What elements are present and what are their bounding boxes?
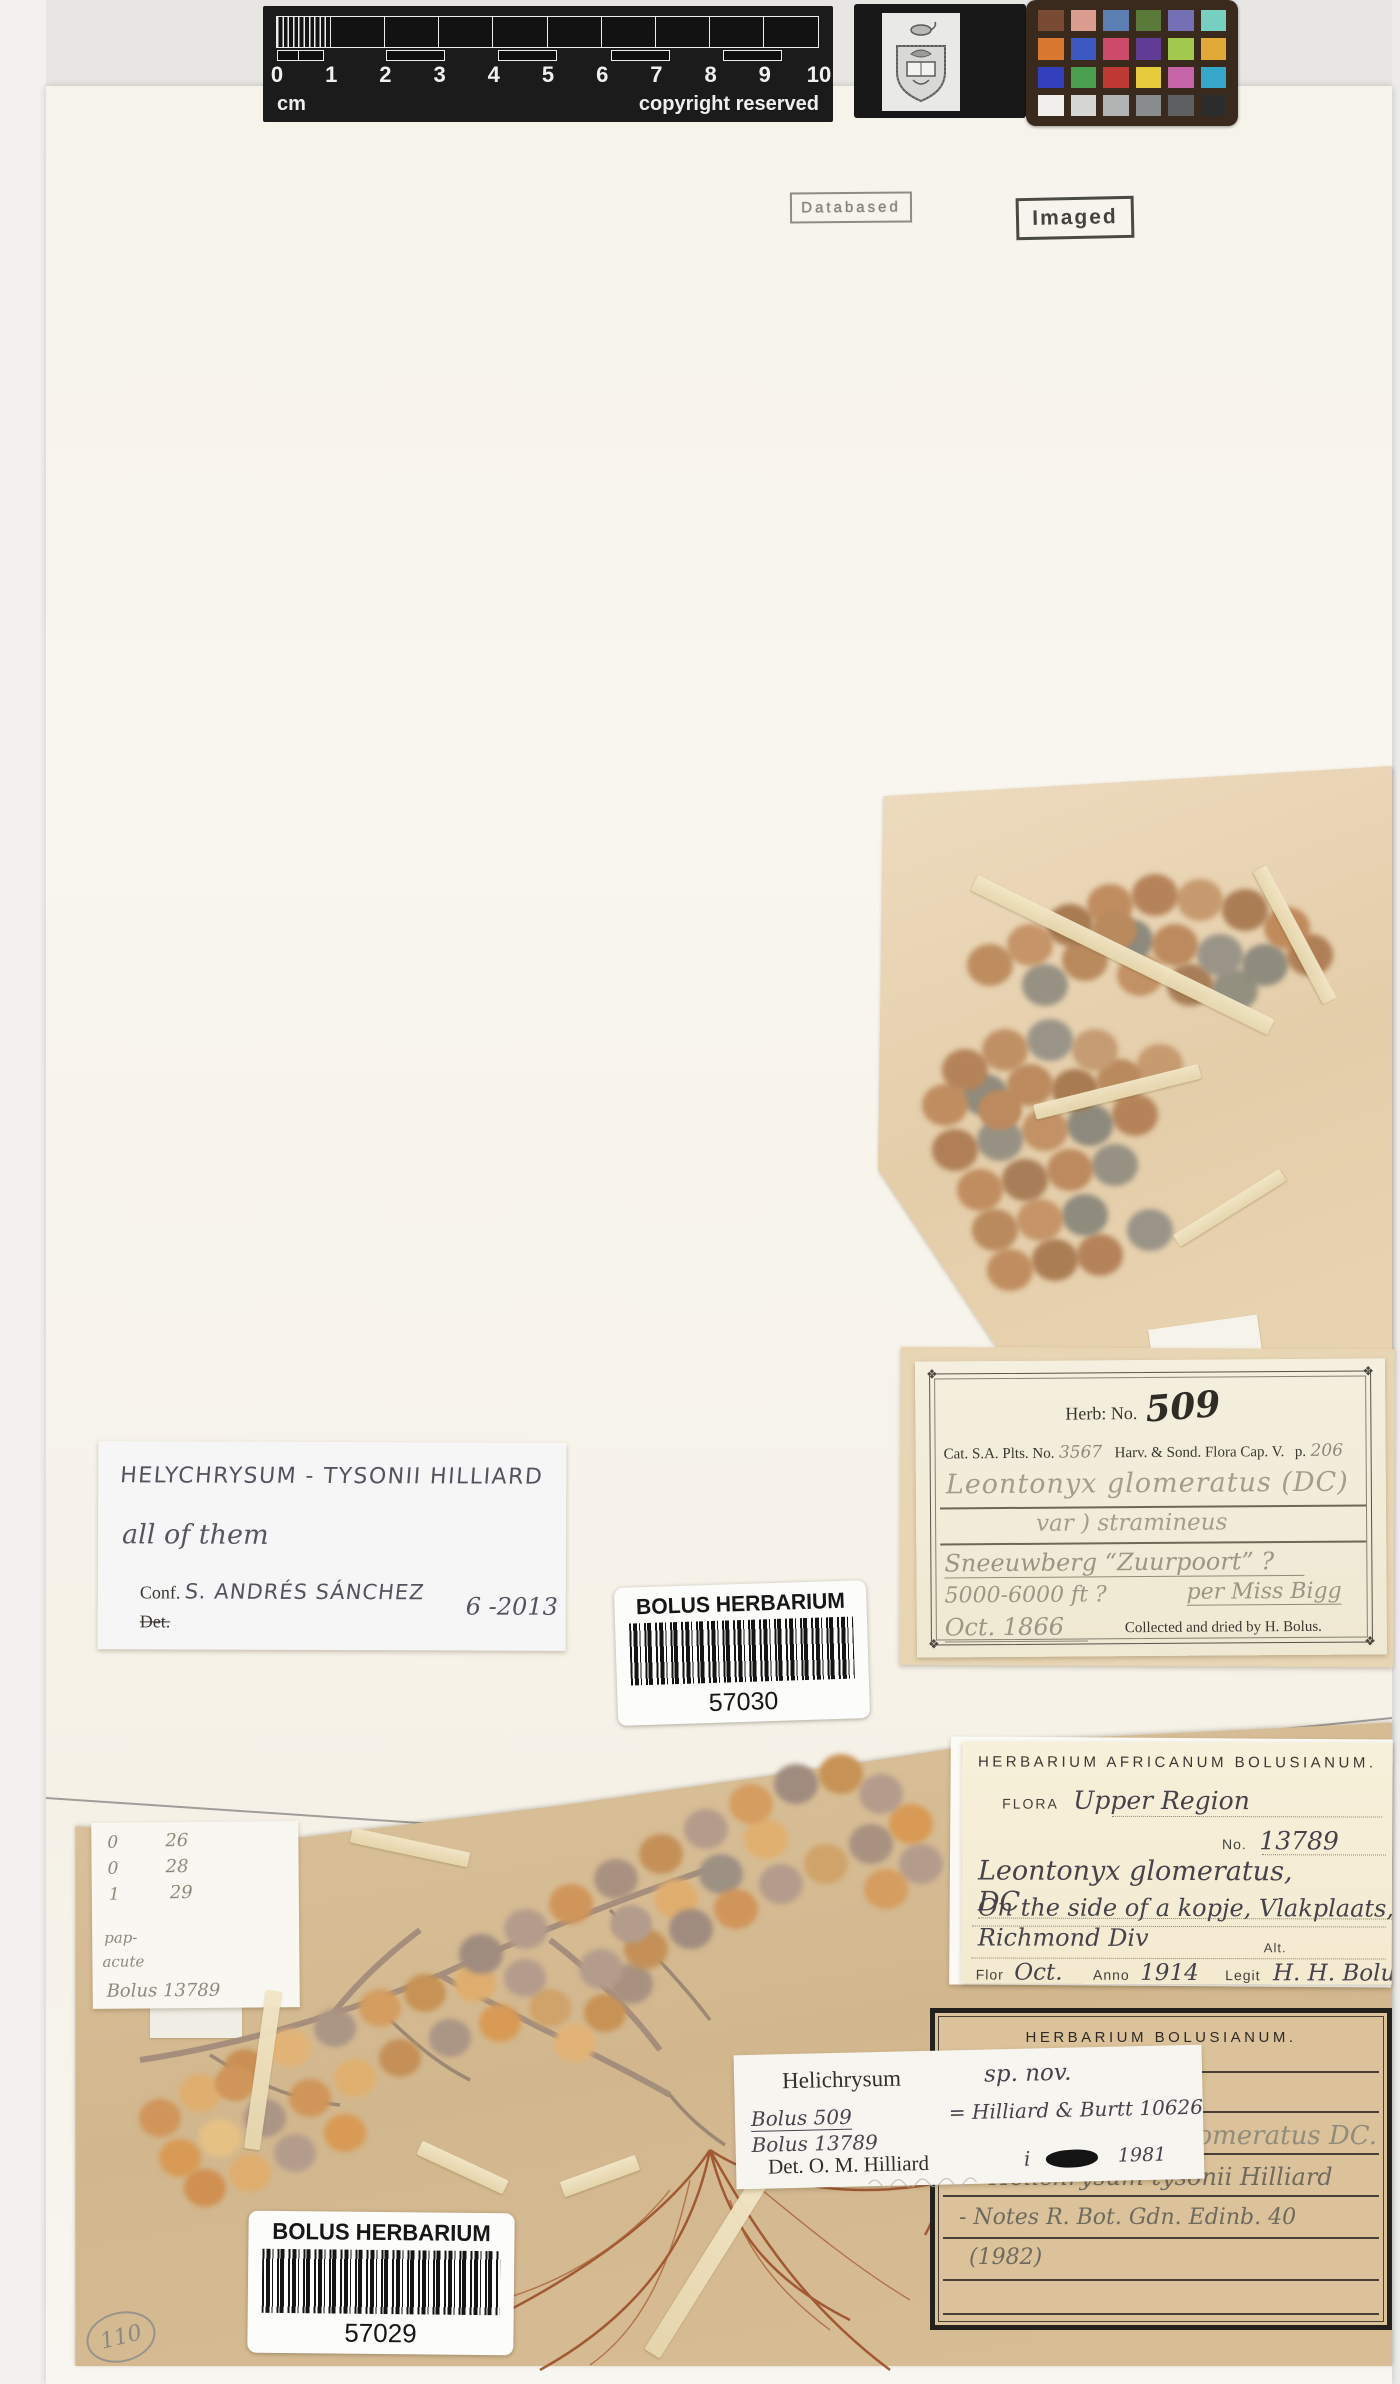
africanum-habitat: On the side of a kopje, Vlakplaats, — [978, 1893, 1392, 1922]
conf-note-line: all of them — [122, 1519, 269, 1551]
flora-ref: Harv. & Sond. Flora Cap. V. — [1115, 1444, 1285, 1461]
barcode-institution: BOLUS HERBARIUM — [619, 1587, 862, 1621]
legit-value: H. H. Bolus — [1273, 1960, 1392, 1984]
alt-prefix: Alt. — [1264, 1940, 1287, 1955]
det-year: 1981 — [1118, 2144, 1167, 2167]
variety-name: var ) stramineus — [1036, 1509, 1227, 1536]
no-prefix: No. — [1222, 1836, 1247, 1852]
collector-note: per Miss Bigg — [1187, 1579, 1342, 1606]
flor-prefix: Flor — [976, 1966, 1004, 1982]
cat-no: 3567 — [1059, 1442, 1102, 1462]
mounting-tape — [1253, 865, 1337, 1004]
africanum-header: HERBARIUM AFRICANUM BOLUSIANUM. — [962, 1753, 1392, 1771]
flora-region: Upper Region — [1073, 1786, 1250, 1815]
flor-value: Oct. — [1014, 1960, 1062, 1985]
det-i: i — [1024, 2147, 1031, 2171]
barcode-sticker-57030: BOLUS HERBARIUM 57030 — [614, 1580, 870, 1726]
barcode-institution: BOLUS HERBARIUM — [254, 2218, 510, 2248]
packet-row-value: 26 — [165, 1830, 188, 1851]
bolusianum-header: HERBARIUM BOLUSIANUM. — [935, 2029, 1387, 2046]
barcode-bars — [262, 2249, 501, 2315]
herb-no-value: 509 — [1144, 1383, 1222, 1431]
det-epithet: sp. nov. — [984, 2060, 1072, 2088]
dried-flower-cluster — [215, 2065, 255, 2101]
corner-ornament-icon: ❖ — [926, 1366, 938, 1382]
collection-date: Oct. 1866 — [945, 1612, 1088, 1642]
det-prefix-struck: Det. — [140, 1611, 171, 1632]
species-name: Leontonyx glomeratus (DC) — [946, 1467, 1349, 1501]
cat-prefix: Cat. S.A. Plts. No. — [944, 1446, 1055, 1463]
bolusianum-det-line: (1982) — [969, 2245, 1042, 2270]
mounting-tape — [1033, 1064, 1202, 1120]
locality: Sneeuwberg “Zuurpoort” ? — [944, 1547, 1304, 1579]
det-synonym: = Hilliard & Burtt 10626 — [949, 2095, 1204, 2125]
det-genus: Helichrysum — [782, 2066, 901, 2095]
africanum-district: Richmond Div — [978, 1923, 1149, 1951]
barcode-bars — [629, 1616, 855, 1685]
page-prefix: p. — [1295, 1444, 1306, 1460]
legit-prefix: Legit — [1225, 1967, 1260, 1983]
det-bolus-509: Bolus 509 — [751, 2105, 852, 2132]
fragment-paper — [878, 760, 1392, 1362]
herbarium-sheet-photo: 0 1 2 3 4 5 6 7 8 9 10 cm copyright rese… — [0, 0, 1400, 2384]
conf-name: S. ANDRÉS SÁNCHEZ — [183, 1579, 425, 1604]
africanum-label: HERBARIUM AFRICANUM BOLUSIANUM. FLORA Up… — [962, 1741, 1393, 1984]
corner-ornament-icon: ❖ — [1362, 1363, 1374, 1379]
printed-credit: Collected and dried by H. Bolus. — [1125, 1619, 1322, 1637]
conf-species-line: HELYCHRYSUM - TYSONII HILLIARD — [119, 1463, 544, 1489]
mounting-tape — [1173, 1169, 1286, 1247]
conf-prefix: Conf. — [140, 1582, 181, 1602]
page-no: 206 — [1310, 1441, 1343, 1461]
dried-flower-cluster — [978, 1090, 1022, 1130]
corner-ornament-icon: ❖ — [1364, 1633, 1376, 1649]
old-collection-label: ❖ ❖ ❖ ❖ Herb: No. 509 Cat. S.A. Plts. No… — [915, 1358, 1387, 1657]
collection-number: 13789 — [1259, 1826, 1339, 1855]
mounting-tape — [971, 875, 1275, 1035]
redaction-blob — [1045, 2147, 1098, 2170]
barcode-number: 57029 — [247, 2317, 513, 2351]
barcode-sticker-57029: BOLUS HERBARIUM 57029 — [247, 2211, 514, 2356]
anno-value: 1914 — [1140, 1960, 1199, 1985]
det-slip-1981: Helichrysum sp. nov. Bolus 509 = Hilliar… — [734, 2045, 1205, 2190]
corner-ornament-icon: ❖ — [928, 1636, 940, 1652]
altitude: 5000-6000 ft ? — [945, 1582, 1107, 1608]
anno-prefix: Anno — [1093, 1967, 1130, 1983]
conf-date: 6 -2013 — [466, 1592, 558, 1620]
top-specimen-fragment — [878, 760, 1392, 1362]
bolusianum-det-line: - Notes R. Bot. Gdn. Edinb. 40 — [959, 2205, 1296, 2230]
herb-no-prefix: Herb: No. — [1065, 1403, 1137, 1424]
confirmation-label: HELYCHRYSUM - TYSONII HILLIARD all of th… — [98, 1441, 567, 1651]
flora-prefix: FLORA — [1002, 1796, 1059, 1812]
dried-flower-cluster — [610, 1905, 652, 1943]
